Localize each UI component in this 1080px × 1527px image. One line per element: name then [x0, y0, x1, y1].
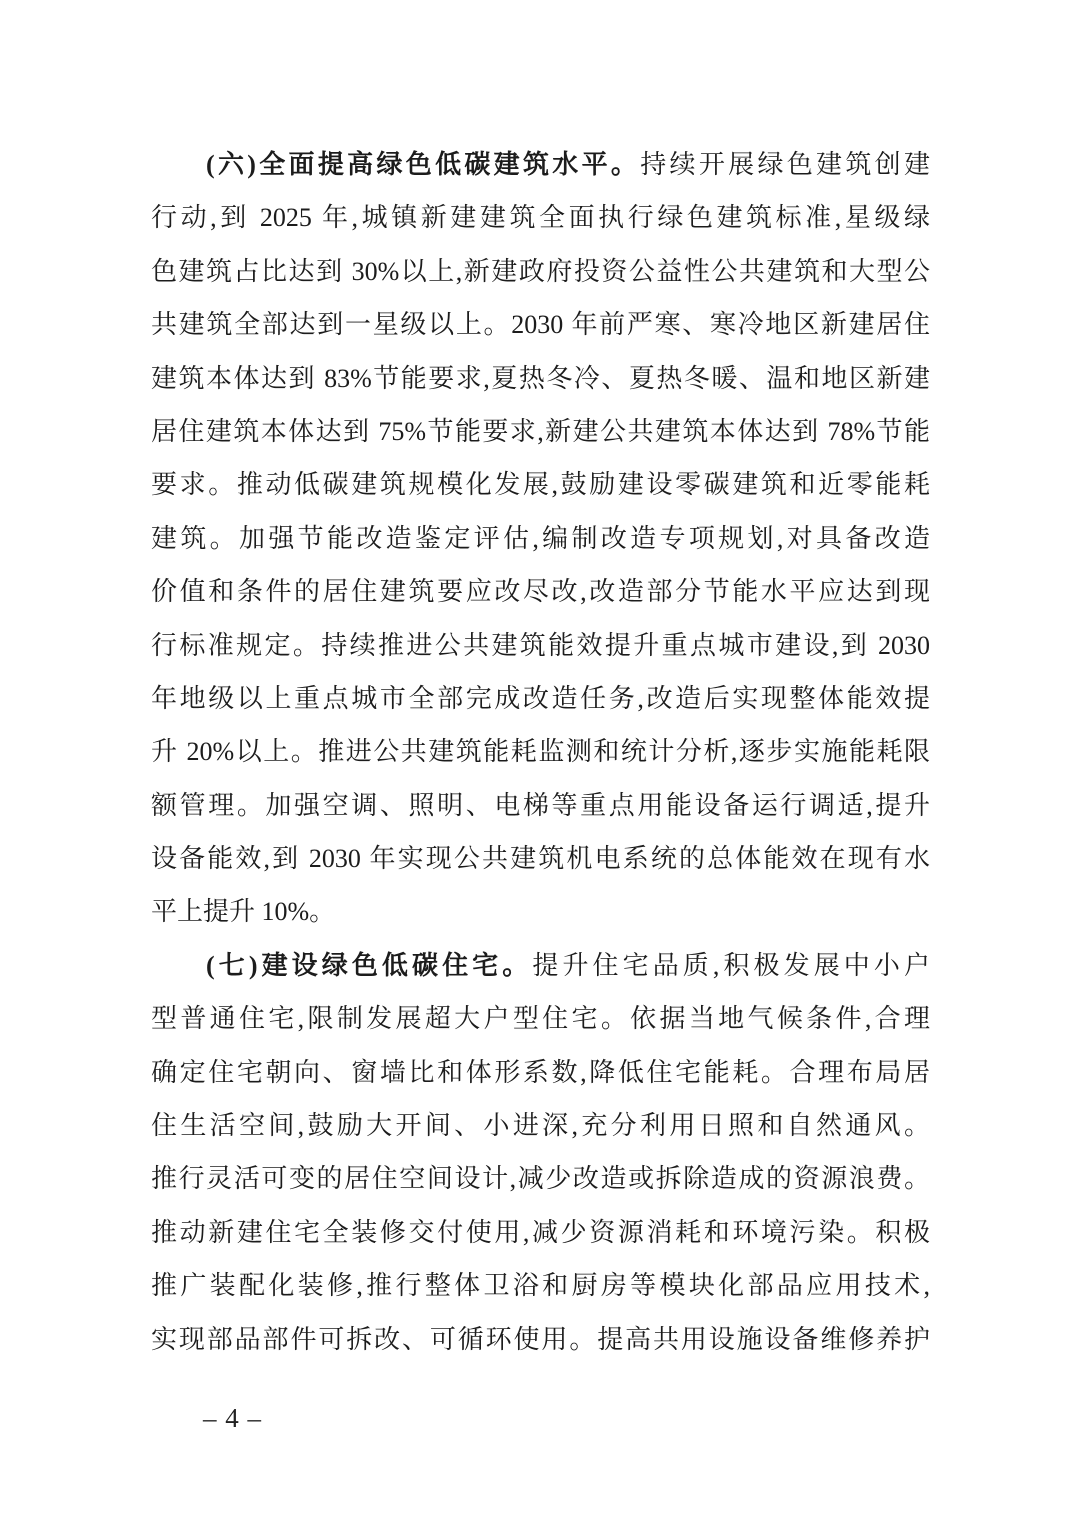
line-text: 住生活空间,鼓励大开间、小进深,充分利用日照和自然通风。: [151, 1111, 930, 1140]
text-line: 行动,到 2025 年,城镇新建建筑全面执行绿色建筑标准,星级绿: [151, 191, 930, 244]
line-text: 提升住宅品质,积极发展中小户: [532, 951, 930, 980]
text-line: 额管理。加强空调、照明、电梯等重点用能设备运行调适,提升: [151, 779, 930, 832]
line-text: 持续开展绿色建筑创建: [640, 150, 930, 179]
line-text: 年地级以上重点城市全部完成改造任务,改造后实现整体能效提: [151, 684, 930, 713]
text-line: 共建筑全部达到一星级以上。2030 年前严寒、寒冷地区新建居住: [151, 298, 930, 351]
line-text: 共建筑全部达到一星级以上。2030 年前严寒、寒冷地区新建居住: [151, 310, 930, 339]
text-line: 确定住宅朝向、窗墙比和体形系数,降低住宅能耗。合理布局居: [151, 1046, 930, 1099]
line-text: 价值和条件的居住建筑要应改尽改,改造部分节能水平应达到现: [151, 577, 930, 606]
line-text: 推广装配化装修,推行整体卫浴和厨房等模块化部品应用技术,: [151, 1271, 930, 1300]
paragraph-heading: (七)建设绿色低碳住宅。: [206, 951, 532, 980]
document-lines: (六)全面提高绿色低碳建筑水平。持续开展绿色建筑创建行动,到 2025 年,城镇…: [151, 138, 930, 1366]
text-line: 建筑本体达到 83%节能要求,夏热冬冷、夏热冬暖、温和地区新建: [151, 352, 930, 405]
text-line: 年地级以上重点城市全部完成改造任务,改造后实现整体能效提: [151, 672, 930, 725]
line-text: 确定住宅朝向、窗墙比和体形系数,降低住宅能耗。合理布局居: [151, 1058, 930, 1087]
text-line: 价值和条件的居住建筑要应改尽改,改造部分节能水平应达到现: [151, 565, 930, 618]
line-text: 额管理。加强空调、照明、电梯等重点用能设备运行调适,提升: [151, 791, 930, 820]
document-page: (六)全面提高绿色低碳建筑水平。持续开展绿色建筑创建行动,到 2025 年,城镇…: [0, 0, 1080, 1527]
page-number: – 4 –: [203, 1398, 262, 1438]
text-line: 推行灵活可变的居住空间设计,减少改造或拆除造成的资源浪费。: [151, 1152, 930, 1205]
line-text: 要求。推动低碳建筑规模化发展,鼓励建设零碳建筑和近零能耗: [151, 470, 930, 499]
text-line: (六)全面提高绿色低碳建筑水平。持续开展绿色建筑创建: [151, 138, 930, 191]
text-line: 推广装配化装修,推行整体卫浴和厨房等模块化部品应用技术,: [151, 1259, 930, 1312]
line-text: 建筑本体达到 83%节能要求,夏热冬冷、夏热冬暖、温和地区新建: [151, 364, 930, 393]
line-text: 行动,到 2025 年,城镇新建建筑全面执行绿色建筑标准,星级绿: [151, 203, 930, 232]
text-line: 实现部品部件可拆改、可循环使用。提高共用设施设备维修养护: [151, 1313, 930, 1366]
text-line: 建筑。加强节能改造鉴定评估,编制改造专项规划,对具备改造: [151, 512, 930, 565]
text-line: 住生活空间,鼓励大开间、小进深,充分利用日照和自然通风。: [151, 1099, 930, 1152]
line-text: 设备能效,到 2030 年实现公共建筑机电系统的总体能效在现有水: [151, 844, 930, 873]
line-text: 型普通住宅,限制发展超大户型住宅。依据当地气候条件,合理: [151, 1004, 930, 1033]
line-text: 升 20%以上。推进公共建筑能耗监测和统计分析,逐步实施能耗限: [151, 737, 930, 766]
text-line: 推动新建住宅全装修交付使用,减少资源消耗和环境污染。积极: [151, 1206, 930, 1259]
line-text: 色建筑占比达到 30%以上,新建政府投资公益性公共建筑和大型公: [151, 257, 930, 286]
paragraph-heading: (六)全面提高绿色低碳建筑水平。: [206, 150, 640, 179]
text-line: 升 20%以上。推进公共建筑能耗监测和统计分析,逐步实施能耗限: [151, 725, 930, 778]
text-line: 行标准规定。持续推进公共建筑能效提升重点城市建设,到 2030: [151, 619, 930, 672]
text-line: 平上提升 10%。: [151, 885, 930, 938]
text-line: 居住建筑本体达到 75%节能要求,新建公共建筑本体达到 78%节能: [151, 405, 930, 458]
text-line: (七)建设绿色低碳住宅。提升住宅品质,积极发展中小户: [151, 939, 930, 992]
line-text: 实现部品部件可拆改、可循环使用。提高共用设施设备维修养护: [151, 1325, 930, 1354]
line-text: 推动新建住宅全装修交付使用,减少资源消耗和环境污染。积极: [151, 1218, 930, 1247]
text-line: 型普通住宅,限制发展超大户型住宅。依据当地气候条件,合理: [151, 992, 930, 1045]
text-line: 色建筑占比达到 30%以上,新建政府投资公益性公共建筑和大型公: [151, 245, 930, 298]
line-text: 行标准规定。持续推进公共建筑能效提升重点城市建设,到 2030: [151, 631, 930, 660]
line-text: 居住建筑本体达到 75%节能要求,新建公共建筑本体达到 78%节能: [151, 417, 930, 446]
line-text: 平上提升 10%。: [151, 897, 335, 926]
text-line: 设备能效,到 2030 年实现公共建筑机电系统的总体能效在现有水: [151, 832, 930, 885]
line-text: 建筑。加强节能改造鉴定评估,编制改造专项规划,对具备改造: [151, 524, 930, 553]
line-text: 推行灵活可变的居住空间设计,减少改造或拆除造成的资源浪费。: [151, 1164, 930, 1193]
text-line: 要求。推动低碳建筑规模化发展,鼓励建设零碳建筑和近零能耗: [151, 458, 930, 511]
